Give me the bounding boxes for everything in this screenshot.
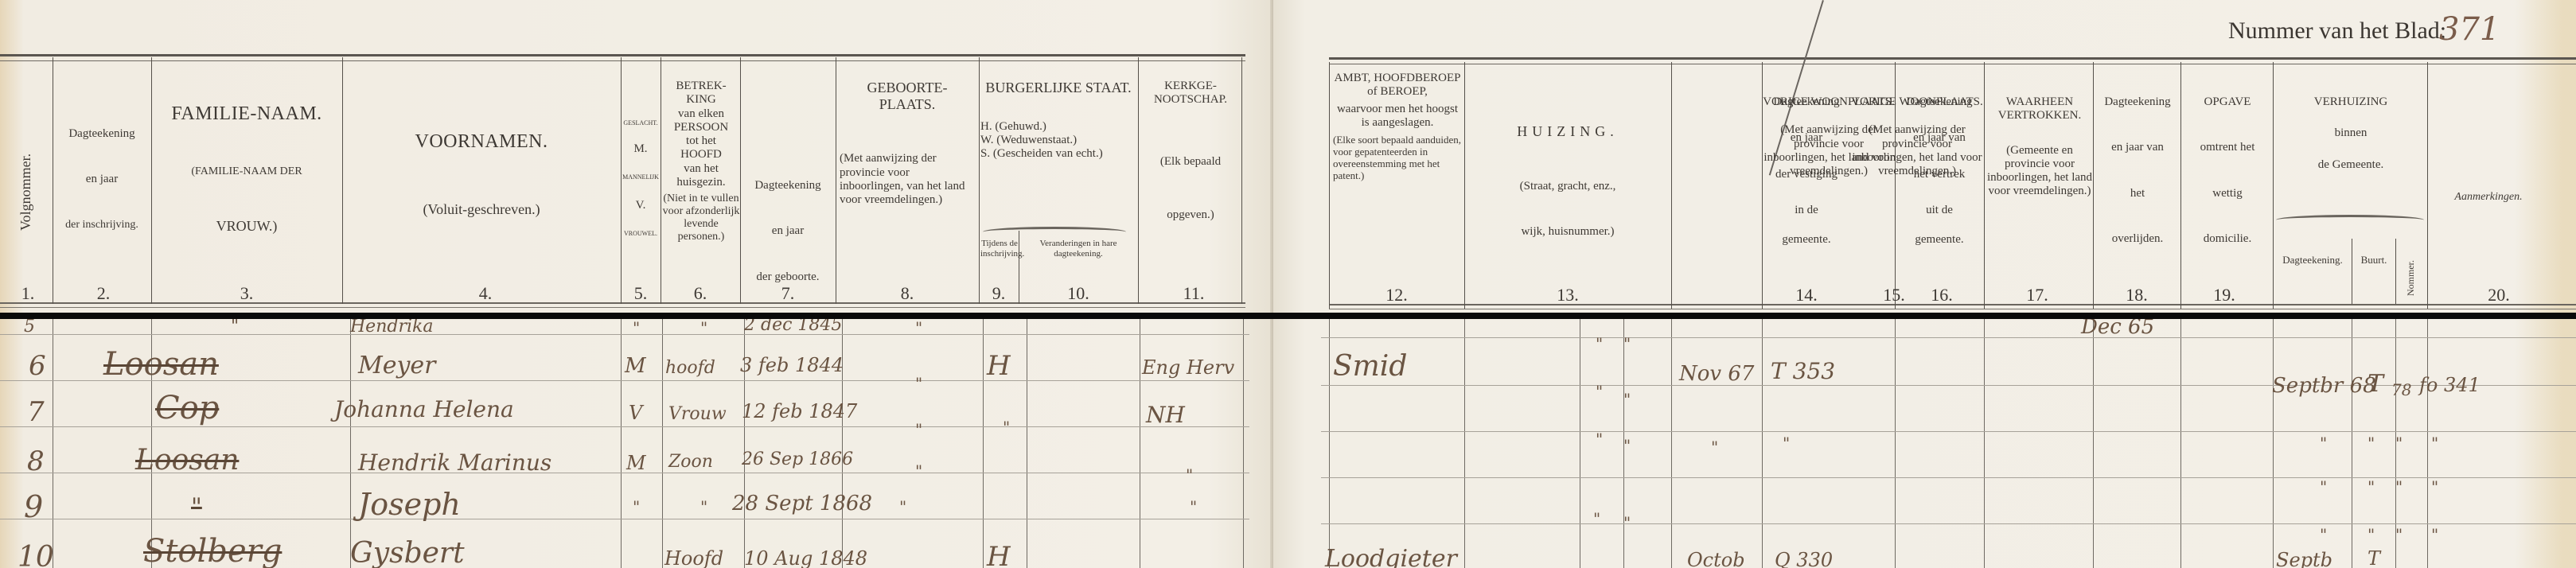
col6-header: BETREK-KING van elken PERSOON tot het HO…: [662, 80, 740, 243]
col-sep: [2427, 62, 2428, 309]
grid-vline: [1762, 318, 1763, 568]
right-page: AMBT, HOOFDBEROEP of BEROEP, waarvoor me…: [1273, 0, 2576, 568]
verhuizing-brace: [2276, 215, 2424, 225]
col-sep: [1241, 57, 1242, 304]
col-sep-9-10: [1019, 231, 1019, 304]
row5-geslacht: ": [633, 318, 640, 337]
burgerlijke-staat-brace: [983, 227, 1126, 237]
header-top-rule: [1329, 57, 2576, 64]
col-sep: [1984, 62, 1985, 309]
grid-vline: [621, 318, 622, 568]
colnum: 20.: [2483, 285, 2515, 305]
row10-geboortedatum: 10 Aug 1848: [744, 547, 867, 568]
row10-vestiging: Octob: [1687, 549, 1745, 568]
col16-header-text: Dagteekening en jaar van het vertrek uit…: [1895, 95, 1984, 247]
row6-huizing-b: ": [1623, 334, 1631, 353]
row9-geboorteplaats: ": [899, 497, 906, 516]
row7-voornamen: Johanna Helena: [334, 396, 514, 422]
colnum: 8.: [891, 283, 923, 304]
row8-verh-nommer: ": [2395, 477, 2403, 496]
grid-hline: [1321, 523, 2576, 524]
row9-verh-datum: ": [2320, 525, 2327, 544]
colnum: 14.: [1791, 285, 1822, 305]
row10-verh-datum: Septb: [2276, 549, 2332, 568]
row7-aanmerkingen: ": [2431, 434, 2438, 453]
col10-subheader: Veranderingen in hare dagteekening.: [1020, 239, 1136, 259]
row6-burgerlijke-staat: H: [987, 350, 1011, 382]
row9-kerk: ": [1190, 497, 1197, 516]
row7-geboorteplaats: ": [915, 420, 922, 439]
row9-aanmerkingen: ": [2431, 525, 2438, 544]
verh-buurt-subheader: Buurt.: [2352, 255, 2395, 266]
row8-geslacht: M: [626, 452, 646, 474]
grid-hline: [0, 519, 1249, 519]
grid-vline: [1140, 318, 1140, 568]
row9-volgnr: 9: [24, 489, 43, 524]
row5-geboorteplaats: ": [915, 318, 922, 337]
colnum: 10.: [1058, 283, 1098, 304]
col-sep: [1671, 62, 1672, 309]
row8-volgnr: 8: [27, 445, 45, 477]
col-sep-verh-nommer: [2395, 239, 2396, 304]
grid-hline: [0, 426, 1249, 427]
row9-verh-buurt: ": [2368, 525, 2375, 544]
row9-geboortedatum: 28 Sept 1868: [732, 492, 872, 515]
row5-familienaam: ": [231, 317, 239, 337]
col12-header: AMBT, HOOFDBEROEP of BEROEP, waarvoor me…: [1333, 72, 1462, 182]
row6-volgnr: 6: [29, 350, 46, 382]
row7-burgerlijke-staat: ": [1003, 418, 1010, 437]
row6-betrekking: hoofd: [665, 358, 715, 378]
col9-10-header: BURGERLIJKE STAAT. H. (Gehuwd.) W. (Wedu…: [980, 80, 1136, 161]
row6-kerk: Eng Herv: [1142, 356, 1234, 379]
row6-beroep: Smid: [1333, 350, 1407, 383]
colnum: 1.: [16, 283, 40, 304]
row8-vorige-woonplaats: ": [1783, 434, 1790, 453]
row7-volgnr: 7: [27, 396, 45, 428]
row6-huizing-a: ": [1596, 334, 1603, 353]
row10-beroep: Loodgieter: [1325, 545, 1457, 568]
colnum: 2.: [88, 283, 119, 304]
col-sep: [836, 57, 836, 304]
row7-verh-buurt: ": [2368, 434, 2375, 453]
colnum: 12.: [1381, 285, 1413, 305]
col-sep: [2273, 62, 2274, 309]
colnum: 6.: [684, 283, 716, 304]
col-sep-verh-buurt: [2352, 239, 2352, 304]
col3-header: FAMILIE-NAAM. (FAMILIE-NAAM DER VROUW.): [151, 103, 342, 234]
row8-voornamen: Hendrik Marinus: [358, 449, 551, 476]
left-page: Volgnommer. Dagteekening en jaar der ins…: [0, 0, 1273, 568]
row8-geboortedatum: 26 Sep 1866: [742, 449, 853, 469]
grid-vline: [1243, 318, 1244, 568]
grid-hline: [0, 334, 1249, 335]
verh-nommer-subheader: Nommer.: [2403, 260, 2418, 296]
colnum: 4.: [470, 283, 501, 304]
col8-header: GEBOORTE-PLAATS. (Met aanwijzing der pro…: [840, 80, 975, 207]
grid-vline: [350, 318, 351, 568]
colnum: 15.: [1878, 285, 1910, 305]
row9-betrekking: ": [700, 497, 707, 516]
sheet-number-value: 371: [2439, 11, 2500, 48]
sheet-number-label: Nummer van het Blad:: [2228, 18, 2446, 45]
row9-verh-nommer: ": [2395, 525, 2403, 544]
row6-familienaam: Loosan: [103, 346, 219, 383]
row9-huizing-b: ": [1623, 513, 1631, 532]
colnum: 3.: [231, 283, 263, 304]
header-top-rule: [0, 54, 1245, 61]
grid-hline: [1321, 431, 2576, 432]
row8-vestiging: ": [1711, 438, 1718, 457]
verhuizing-header-text: VERHUIZING binnen de Gemeente.: [2274, 95, 2427, 172]
grid-vline: [1580, 318, 1580, 568]
row8-betrekking: Zoon: [668, 452, 713, 472]
row10-verh-buurt: T: [2368, 547, 2380, 568]
grid-vline: [1464, 318, 1465, 568]
row10-voornamen: Gysbert: [350, 537, 465, 568]
row6-vestiging: Nov 67: [1679, 362, 1754, 386]
col-sep: [979, 57, 980, 304]
row10-betrekking: Hoofd: [664, 547, 723, 568]
col-sep: [2180, 62, 2181, 309]
row8-geboorteplaats: ": [915, 461, 922, 480]
row7-verh-datum: ": [2320, 434, 2327, 453]
col11-header: KERKGE-NOOTSCHAP. (Elk bepaald opgeven.): [1140, 80, 1241, 222]
row6-vorige-woonplaats: T 353: [1771, 358, 1835, 384]
row6-geboorteplaats: ": [915, 374, 922, 393]
grid-hline: [1321, 385, 2576, 386]
scan-divider-bar: [0, 313, 2576, 319]
row9-huizing-a: ": [1593, 509, 1600, 528]
row7-geslacht: V: [629, 402, 642, 424]
grid-hline: [1321, 477, 2576, 478]
col9-subheader: Tijdens de inschrijving.: [980, 239, 1019, 259]
col18-header-text: Dagteekening en jaar van het overlijden.: [2095, 95, 2180, 246]
verh-datum-subheader: Dagteekening.: [2273, 255, 2352, 266]
col7-header: Dagteekening en jaar der geboorte.: [740, 179, 836, 284]
col-sep: [661, 57, 661, 304]
row6-verh-nommer: 78: [2391, 380, 2411, 399]
grid-vline: [662, 318, 663, 568]
row9-geslacht: ": [633, 497, 640, 516]
col15-header-text: VORIGE WOONPLAATS. (Met aanwijzing der p…: [1763, 95, 1895, 178]
row8-aanmerkingen: ": [2431, 477, 2438, 496]
colnum: 18.: [2121, 285, 2153, 305]
row10-vorige-woonplaats: Q 330: [1775, 549, 1833, 568]
row7-betrekking: Vrouw: [668, 404, 727, 424]
row5-betrekking: ": [700, 318, 707, 337]
row7-kerk: NH: [1146, 402, 1185, 428]
col20-header-text: Aanmerkingen.: [2429, 191, 2548, 204]
grid-vline: [53, 318, 53, 568]
colnum: 19.: [2208, 285, 2240, 305]
colnum: 7.: [772, 283, 804, 304]
col2-header: Dagteekening en jaar der inschrijving.: [53, 127, 151, 231]
row7-huizing-b: ": [1623, 390, 1631, 409]
row8-huizing-b: ": [1623, 436, 1631, 455]
row7-familienaam: Cop: [155, 390, 219, 426]
row6-geboortedatum: 3 feb 1844: [740, 354, 844, 376]
row10-familienaam: Stolberg: [143, 533, 282, 568]
row6-voornamen: Meyer: [358, 352, 436, 379]
col-sep: [1138, 57, 1139, 304]
colnum: 13.: [1552, 285, 1584, 305]
grid-vline: [2427, 318, 2428, 568]
row8-kerk: ": [1186, 465, 1193, 484]
colnum: 11.: [1174, 283, 1214, 304]
row5-volgnr: 5: [24, 317, 35, 337]
grid-vline: [1329, 318, 1330, 568]
row6-geslacht: M: [625, 354, 646, 378]
colnum: 17.: [2021, 285, 2053, 305]
grid-vline: [2180, 318, 2181, 568]
col17-header-text: WAARHEEN VERTROKKEN. (Gemeente en provin…: [1986, 95, 2094, 199]
row10-volgnr: 10: [18, 541, 54, 568]
grid-vline: [2352, 318, 2352, 568]
row9-voornamen: Joseph: [358, 487, 461, 522]
row8-huizing-a: ": [1596, 430, 1603, 449]
row8-familienaam: Loosan: [135, 444, 239, 477]
colnum: 9.: [987, 283, 1011, 304]
row10-burgerlijke-staat: H: [987, 541, 1011, 568]
grid-vline: [1027, 318, 1027, 568]
grid-vline: [2093, 318, 2094, 568]
grid-vline: [2273, 318, 2274, 568]
row6-aanmerkingen: fo 341: [2419, 374, 2481, 396]
col13-header: HUIZING. (Straat, gracht, enz., wijk, hu…: [1464, 123, 1671, 239]
grid-hline: [1321, 337, 2576, 338]
row6-verh-buurt: T: [2368, 370, 2383, 398]
col-sep: [1329, 62, 1330, 309]
row6-verh-datum: Septbr 68: [2272, 374, 2376, 398]
grid-vline: [1895, 318, 1896, 568]
row9-familienaam: ": [191, 493, 202, 521]
row5-voornamen: Hendrika: [350, 317, 433, 337]
row7-huizing-a: ": [1596, 382, 1603, 401]
colnum: 16.: [1926, 285, 1958, 305]
row7-geboortedatum: 12 feb 1847: [742, 400, 857, 422]
col19-header-text: OPGAVE omtrent het wettig domicilie.: [2182, 95, 2273, 246]
grid-vline: [1671, 318, 1672, 568]
row8-verh-buurt: ": [2368, 477, 2375, 496]
colnum: 5.: [625, 283, 657, 304]
col4-header: VOORNAMEN. (Voluit-geschreven.): [342, 131, 621, 217]
row8-verh-datum: ": [2320, 477, 2327, 496]
grid-vline: [1984, 318, 1985, 568]
row7-verh-nommer: ": [2395, 434, 2403, 453]
col5-header: GESLACHT. M. MANNELIJK V. VROUWEL.: [621, 119, 661, 237]
grid-vline: [983, 318, 984, 568]
col1-header: Volgnommer.: [18, 154, 34, 231]
